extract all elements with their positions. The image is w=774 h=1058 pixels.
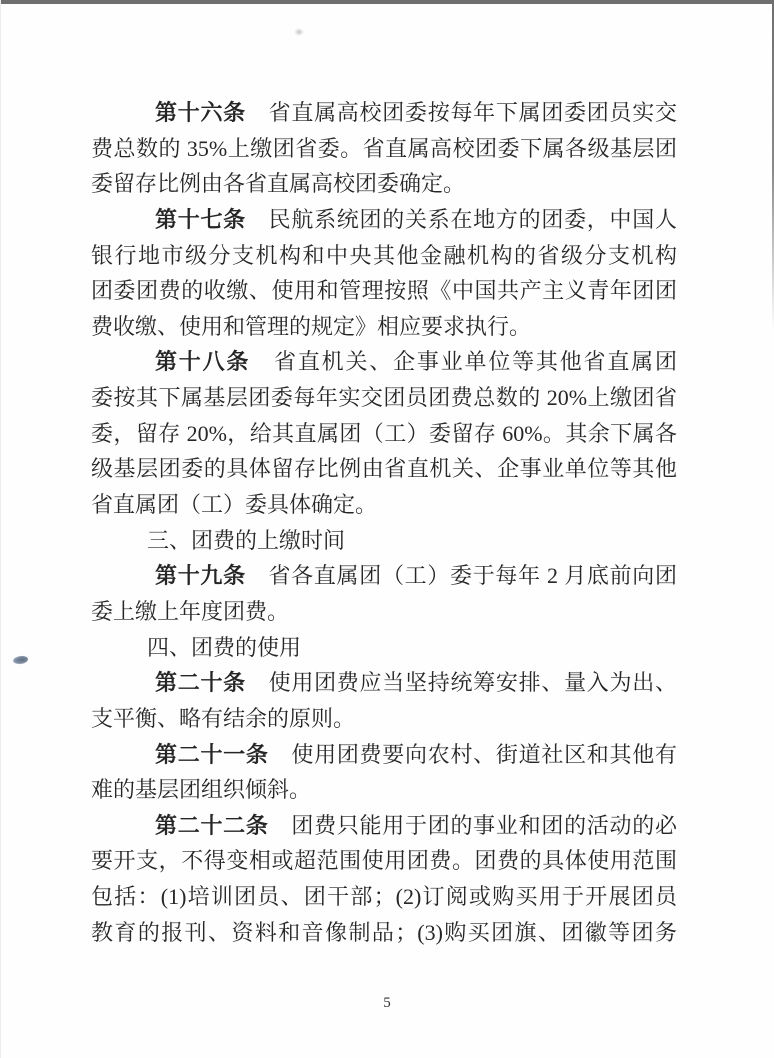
- line-text: 难的基层团组织倾斜。: [91, 777, 311, 802]
- line-text: 四、团费的使用: [147, 635, 301, 660]
- text-line: 难的基层团组织倾斜。: [91, 772, 677, 808]
- document-body: 第十六条 省直属高校团委按每年下属团委团员实交团 费总数的 35%上缴团省委。省…: [91, 95, 677, 950]
- line-text: 团费只能用于团的事业和团的活动的必: [269, 813, 677, 838]
- line-text: 银行地市级分支机构和中央其他金融机构的省级分支机构: [91, 243, 677, 268]
- text-line: 教育的报刊、资料和音像制品；(3)购买团旗、团徽等团务: [91, 915, 677, 951]
- scan-edge-left: [0, 0, 1, 1058]
- article-number: 第十七条: [155, 207, 246, 232]
- line-text: 费总数的 35%上缴团省委。省直属高校团委下属各级基层团: [91, 136, 677, 161]
- text-line: 委，留存 20%，给其直属团（工）委留存 60%。其余下属各: [91, 416, 677, 452]
- article-number: 第十六条: [155, 100, 246, 125]
- article-number: 第二十条: [155, 670, 246, 695]
- article-number: 第二十一条: [155, 742, 269, 767]
- line-text: 委，留存 20%，给其直属团（工）委留存 60%。其余下属各: [91, 421, 677, 446]
- text-line: 第二十二条 团费只能用于团的事业和团的活动的必: [91, 808, 677, 844]
- text-line: 第十八条 省直机关、企事业单位等其他省直属团（工）: [91, 344, 677, 380]
- text-line: 第十七条 民航系统团的关系在地方的团委，中国人民: [91, 202, 677, 238]
- line-text: 团委团费的收缴、使用和管理按照《中国共产主义青年团团: [91, 278, 677, 303]
- article-number: 第十八条: [155, 349, 250, 374]
- line-text: 支平衡、略有结余的原则。: [91, 706, 355, 731]
- line-text: 委按其下属基层团委每年实交团员团费总数的 20%上缴团省: [91, 385, 677, 410]
- line-text: 教育的报刊、资料和音像制品；(3)购买团旗、团徽等团务: [91, 920, 677, 945]
- text-line: 包括：(1)培训团员、团干部；(2)订阅或购买用于开展团员: [91, 879, 677, 915]
- page-number: 5: [0, 995, 774, 1012]
- line-text: 省直属团（工）委具体确定。: [91, 492, 377, 517]
- text-line: 第二十条 使用团费应当坚持统筹安排、量入为出、收: [91, 665, 677, 701]
- text-line: 支平衡、略有结余的原则。: [91, 701, 677, 737]
- text-line: 委上缴上年度团费。: [91, 594, 677, 630]
- scanned-document-page: 第十六条 省直属高校团委按每年下属团委团员实交团 费总数的 35%上缴团省委。省…: [0, 0, 774, 1058]
- line-text: 级基层团委的具体留存比例由省直机关、企事业单位等其他: [91, 456, 677, 481]
- line-text: 委留存比例由各省直属高校团委确定。: [91, 171, 465, 196]
- text-line: 委留存比例由各省直属高校团委确定。: [91, 166, 677, 202]
- ink-smudge-artifact: [13, 655, 29, 665]
- text-line: 团委团费的收缴、使用和管理按照《中国共产主义青年团团: [91, 273, 677, 309]
- section-heading: 四、团费的使用: [91, 630, 677, 666]
- text-line: 费收缴、使用和管理的规定》相应要求执行。: [91, 309, 677, 345]
- line-text: 费收缴、使用和管理的规定》相应要求执行。: [91, 314, 531, 339]
- text-line: 第二十一条 使用团费要向农村、街道社区和其他有困: [91, 737, 677, 773]
- line-text: 委上缴上年度团费。: [91, 599, 289, 624]
- line-text: 包括：(1)培训团员、团干部；(2)订阅或购买用于开展团员: [91, 884, 677, 909]
- text-line: 级基层团委的具体留存比例由省直机关、企事业单位等其他: [91, 451, 677, 487]
- text-line: 要开支，不得变相或超范围使用团费。团费的具体使用范围: [91, 843, 677, 879]
- text-line: 委按其下属基层团委每年实交团员团费总数的 20%上缴团省: [91, 380, 677, 416]
- text-line: 银行地市级分支机构和中央其他金融机构的省级分支机构: [91, 238, 677, 274]
- line-text: 要开支，不得变相或超范围使用团费。团费的具体使用范围: [91, 848, 677, 873]
- section-heading: 三、团费的上缴时间: [91, 523, 677, 559]
- text-line: 省直属团（工）委具体确定。: [91, 487, 677, 523]
- scan-edge-top: [0, 0, 774, 4]
- scan-speck-artifact: [294, 28, 304, 36]
- article-number: 第二十二条: [155, 813, 269, 838]
- text-line: 费总数的 35%上缴团省委。省直属高校团委下属各级基层团: [91, 131, 677, 167]
- article-number: 第十九条: [155, 563, 246, 588]
- text-line: 第十六条 省直属高校团委按每年下属团委团员实交团: [91, 95, 677, 131]
- line-text: 三、团费的上缴时间: [147, 528, 345, 553]
- text-line: 第十九条 省各直属团（工）委于每年 2 月底前向团省: [91, 558, 677, 594]
